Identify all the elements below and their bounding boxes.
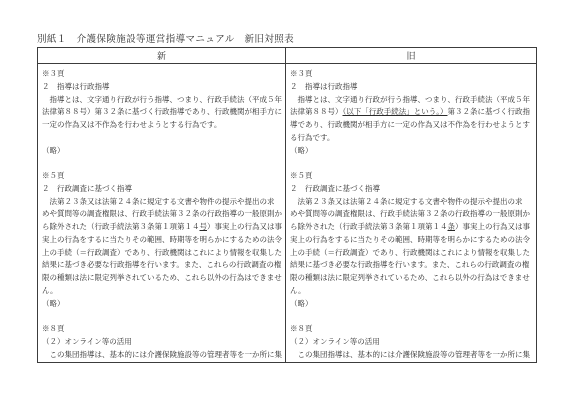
text-line: （２）オンライン等の活用 bbox=[290, 336, 533, 349]
text-segment: 法律第８８号）第３２条に基づく行政指導であり、行政機関が相手方に bbox=[42, 107, 282, 116]
text-line: ２ 指導は行政指導 bbox=[42, 81, 282, 94]
text-line: ※８頁 bbox=[290, 323, 533, 336]
text-segment: （略） bbox=[42, 146, 65, 155]
text-line: 法第２３条又は法第２４条に規定する文書や物件の提示や提出の求 bbox=[42, 196, 282, 209]
text-line: 導であり、行政機関が相手方に一定の作為又は不作為を行わせようとす bbox=[290, 119, 533, 132]
text-line: ２ 行政調査に基づく指導 bbox=[290, 183, 533, 196]
text-line: ※３頁 bbox=[42, 68, 282, 81]
comparison-table: 新 旧 ※３頁２ 指導は行政指導 指導とは、文字通り行政が行う指導、つまり、行政… bbox=[37, 47, 537, 363]
text-segment: （２）オンライン等の活用 bbox=[42, 337, 132, 346]
text-line bbox=[42, 310, 282, 323]
text-segment: ※３頁 bbox=[42, 69, 65, 78]
text-segment: 指導とは、文字通り行政が行う指導、つまり、行政手続法（平成５年 bbox=[290, 95, 530, 104]
text-segment: る行為です。 bbox=[290, 133, 334, 142]
text-segment: ※３頁 bbox=[290, 69, 313, 78]
text-segment: 導であり、行政機関が相手方に一定の作為又は不作為を行わせようとす bbox=[290, 120, 530, 129]
text-line: ら除外された（行政手続法第３条第１項第１４号）事実上の行為又は事 bbox=[42, 221, 282, 234]
text-segment: めや質問等の調査権限は、行政手続法第３２条の行政指導の一般原則か bbox=[42, 209, 282, 218]
text-line: 限の種類は法に限定列挙されているため、これら以外の行為はできませ bbox=[42, 272, 282, 285]
text-line bbox=[290, 310, 533, 323]
text-line: ※５頁 bbox=[290, 170, 533, 183]
text-line: めや質問等の調査権限は、行政手続法第３２条の行政指導の一般原則か bbox=[42, 208, 282, 221]
text-line: この集団指導は、基本的には介護保険施設等の管理者等を一か所に集 bbox=[42, 349, 282, 362]
text-line: ら除外された（行政手続法第３条第１項第１４条）事実上の行為又は事 bbox=[290, 221, 533, 234]
text-segment: 限の種類は法に限定列挙されているため、これら以外の行為はできませ bbox=[42, 273, 282, 282]
column-new-content: ※３頁２ 指導は行政指導 指導とは、文字通り行政が行う指導、つまり、行政手続法（… bbox=[42, 68, 282, 361]
text-segment: ※５頁 bbox=[42, 171, 65, 180]
text-segment: ２ 指導は行政指導 bbox=[290, 82, 358, 91]
text-segment: ※８頁 bbox=[42, 324, 65, 333]
text-line: 限の種類は法に限定列挙されているため、これら以外の行為はできませ bbox=[290, 272, 533, 285]
text-segment: この集団指導は、基本的には介護保険施設等の管理者等を一か所に集 bbox=[42, 350, 282, 359]
text-segment: 指導とは、文字通り行政が行う指導、つまり、行政手続法（平成５年 bbox=[42, 95, 282, 104]
text-segment: ※５頁 bbox=[290, 171, 313, 180]
text-segment: ）事実上の行為又は事 bbox=[455, 222, 530, 231]
text-segment: 実上の行為をするに当たりその範囲、時期等を明らかにするための法令 bbox=[42, 235, 282, 244]
text-line: 指導とは、文字通り行政が行う指導、つまり、行政手続法（平成５年 bbox=[290, 94, 533, 107]
text-segment: ん。 bbox=[290, 286, 305, 295]
text-line: （略） bbox=[290, 145, 533, 158]
revision-underlined-text: （以下「行政手続法」という。） bbox=[343, 107, 448, 116]
text-segment: 法第２３条又は法第２４条に規定する文書や物件の提示や提出の求 bbox=[42, 197, 275, 206]
text-segment: ん。 bbox=[42, 286, 57, 295]
text-segment: 法第２３条又は法第２４条に規定する文書や物件の提示や提出の求 bbox=[290, 197, 523, 206]
text-line: 法律第８８号）第３２条に基づく行政指導であり、行政機関が相手方に bbox=[42, 106, 282, 119]
text-segment: 第３２条に基づく行政指 bbox=[448, 107, 531, 116]
text-segment: ２ 指導は行政指導 bbox=[42, 82, 110, 91]
revision-underlined-text: 号 bbox=[200, 222, 208, 231]
text-segment: 結果に基づき必要な行政指導を行います。また、これらの行政調査の権 bbox=[42, 260, 281, 269]
text-segment: この集団指導は、基本的には介護保険施設等の管理者等を一か所に集 bbox=[290, 350, 530, 359]
text-segment: めや質問等の調査権限は、行政手続法第３２条の行政指導の一般原則か bbox=[290, 209, 530, 218]
column-new-cell: ※３頁２ 指導は行政指導 指導とは、文字通り行政が行う指導、つまり、行政手続法（… bbox=[38, 64, 286, 363]
column-old-cell: ※３頁２ 指導は行政指導 指導とは、文字通り行政が行う指導、つまり、行政手続法（… bbox=[286, 64, 537, 363]
text-segment: ）事実上の行為又は事 bbox=[207, 222, 282, 231]
text-segment: 結果に基づき必要な行政指導を行います。また、これらの行政調査の権 bbox=[290, 260, 529, 269]
text-line: ２ 指導は行政指導 bbox=[290, 81, 533, 94]
text-line: ん。 bbox=[42, 285, 282, 298]
text-line: この集団指導は、基本的には介護保険施設等の管理者等を一か所に集 bbox=[290, 349, 533, 362]
text-segment: ２ 行政調査に基づく指導 bbox=[290, 184, 380, 193]
column-header-old: 旧 bbox=[286, 48, 537, 64]
text-line bbox=[42, 132, 282, 145]
text-line: 指導とは、文字通り行政が行う指導、つまり、行政手続法（平成５年 bbox=[42, 94, 282, 107]
text-line: 結果に基づき必要な行政指導を行います。また、これらの行政調査の権 bbox=[290, 259, 533, 272]
text-segment: ら除外された（行政手続法第３条第１項第１４ bbox=[42, 222, 200, 231]
column-header-new: 新 bbox=[38, 48, 286, 64]
text-segment: 上の手続（＝行政調査）であり、行政機関はこれにより情報を収集した bbox=[290, 248, 530, 257]
text-segment: 実上の行為をするに当たりその範囲、時期等を明らかにするための法令 bbox=[290, 235, 530, 244]
text-line bbox=[290, 157, 533, 170]
text-segment: （略） bbox=[42, 299, 65, 308]
text-segment: 上の手続（＝行政調査）であり、行政機関はこれにより情報を収集した bbox=[42, 248, 282, 257]
text-line: 上の手続（＝行政調査）であり、行政機関はこれにより情報を収集した bbox=[290, 247, 533, 260]
text-segment: 法律第８８号） bbox=[290, 107, 343, 116]
text-line: ん。 bbox=[290, 285, 533, 298]
text-line: 結果に基づき必要な行政指導を行います。また、これらの行政調査の権 bbox=[42, 259, 282, 272]
text-line: ※５頁 bbox=[42, 170, 282, 183]
text-line: （２）オンライン等の活用 bbox=[42, 336, 282, 349]
text-line: めや質問等の調査権限は、行政手続法第３２条の行政指導の一般原則か bbox=[290, 208, 533, 221]
text-line: 実上の行為をするに当たりその範囲、時期等を明らかにするための法令 bbox=[42, 234, 282, 247]
document-title: 別紙１ 介護保険施設等運営指導マニュアル 新旧対照表 bbox=[37, 31, 294, 45]
text-line: （略） bbox=[42, 298, 282, 311]
text-line bbox=[42, 157, 282, 170]
text-segment: （２）オンライン等の活用 bbox=[290, 337, 380, 346]
text-line: （略） bbox=[290, 298, 533, 311]
table-body-row: ※３頁２ 指導は行政指導 指導とは、文字通り行政が行う指導、つまり、行政手続法（… bbox=[38, 64, 537, 363]
text-segment: ２ 行政調査に基づく指導 bbox=[42, 184, 132, 193]
text-segment: 一定の作為又は不作為を行わせようとする行為です。 bbox=[42, 120, 221, 129]
text-segment: ※８頁 bbox=[290, 324, 313, 333]
column-old-content: ※３頁２ 指導は行政指導 指導とは、文字通り行政が行う指導、つまり、行政手続法（… bbox=[290, 68, 533, 361]
text-line: 実上の行為をするに当たりその範囲、時期等を明らかにするための法令 bbox=[290, 234, 533, 247]
text-line: 法律第８８号）（以下「行政手続法」という。）第３２条に基づく行政指 bbox=[290, 106, 533, 119]
text-line: 上の手続（＝行政調査）であり、行政機関はこれにより情報を収集した bbox=[42, 247, 282, 260]
text-line: （略） bbox=[42, 145, 282, 158]
text-segment: 限の種類は法に限定列挙されているため、これら以外の行為はできませ bbox=[290, 273, 530, 282]
text-line: ※３頁 bbox=[290, 68, 533, 81]
text-line: ２ 行政調査に基づく指導 bbox=[42, 183, 282, 196]
text-segment: （略） bbox=[290, 146, 313, 155]
text-segment: （略） bbox=[290, 299, 313, 308]
text-line: 一定の作為又は不作為を行わせようとする行為です。 bbox=[42, 119, 282, 132]
text-line: ※８頁 bbox=[42, 323, 282, 336]
text-line: 法第２３条又は法第２４条に規定する文書や物件の提示や提出の求 bbox=[290, 196, 533, 209]
revision-underlined-text: 条 bbox=[448, 222, 456, 231]
text-line: る行為です。 bbox=[290, 132, 533, 145]
text-segment: ら除外された（行政手続法第３条第１項第１４ bbox=[290, 222, 448, 231]
table-header-row: 新 旧 bbox=[38, 48, 537, 64]
